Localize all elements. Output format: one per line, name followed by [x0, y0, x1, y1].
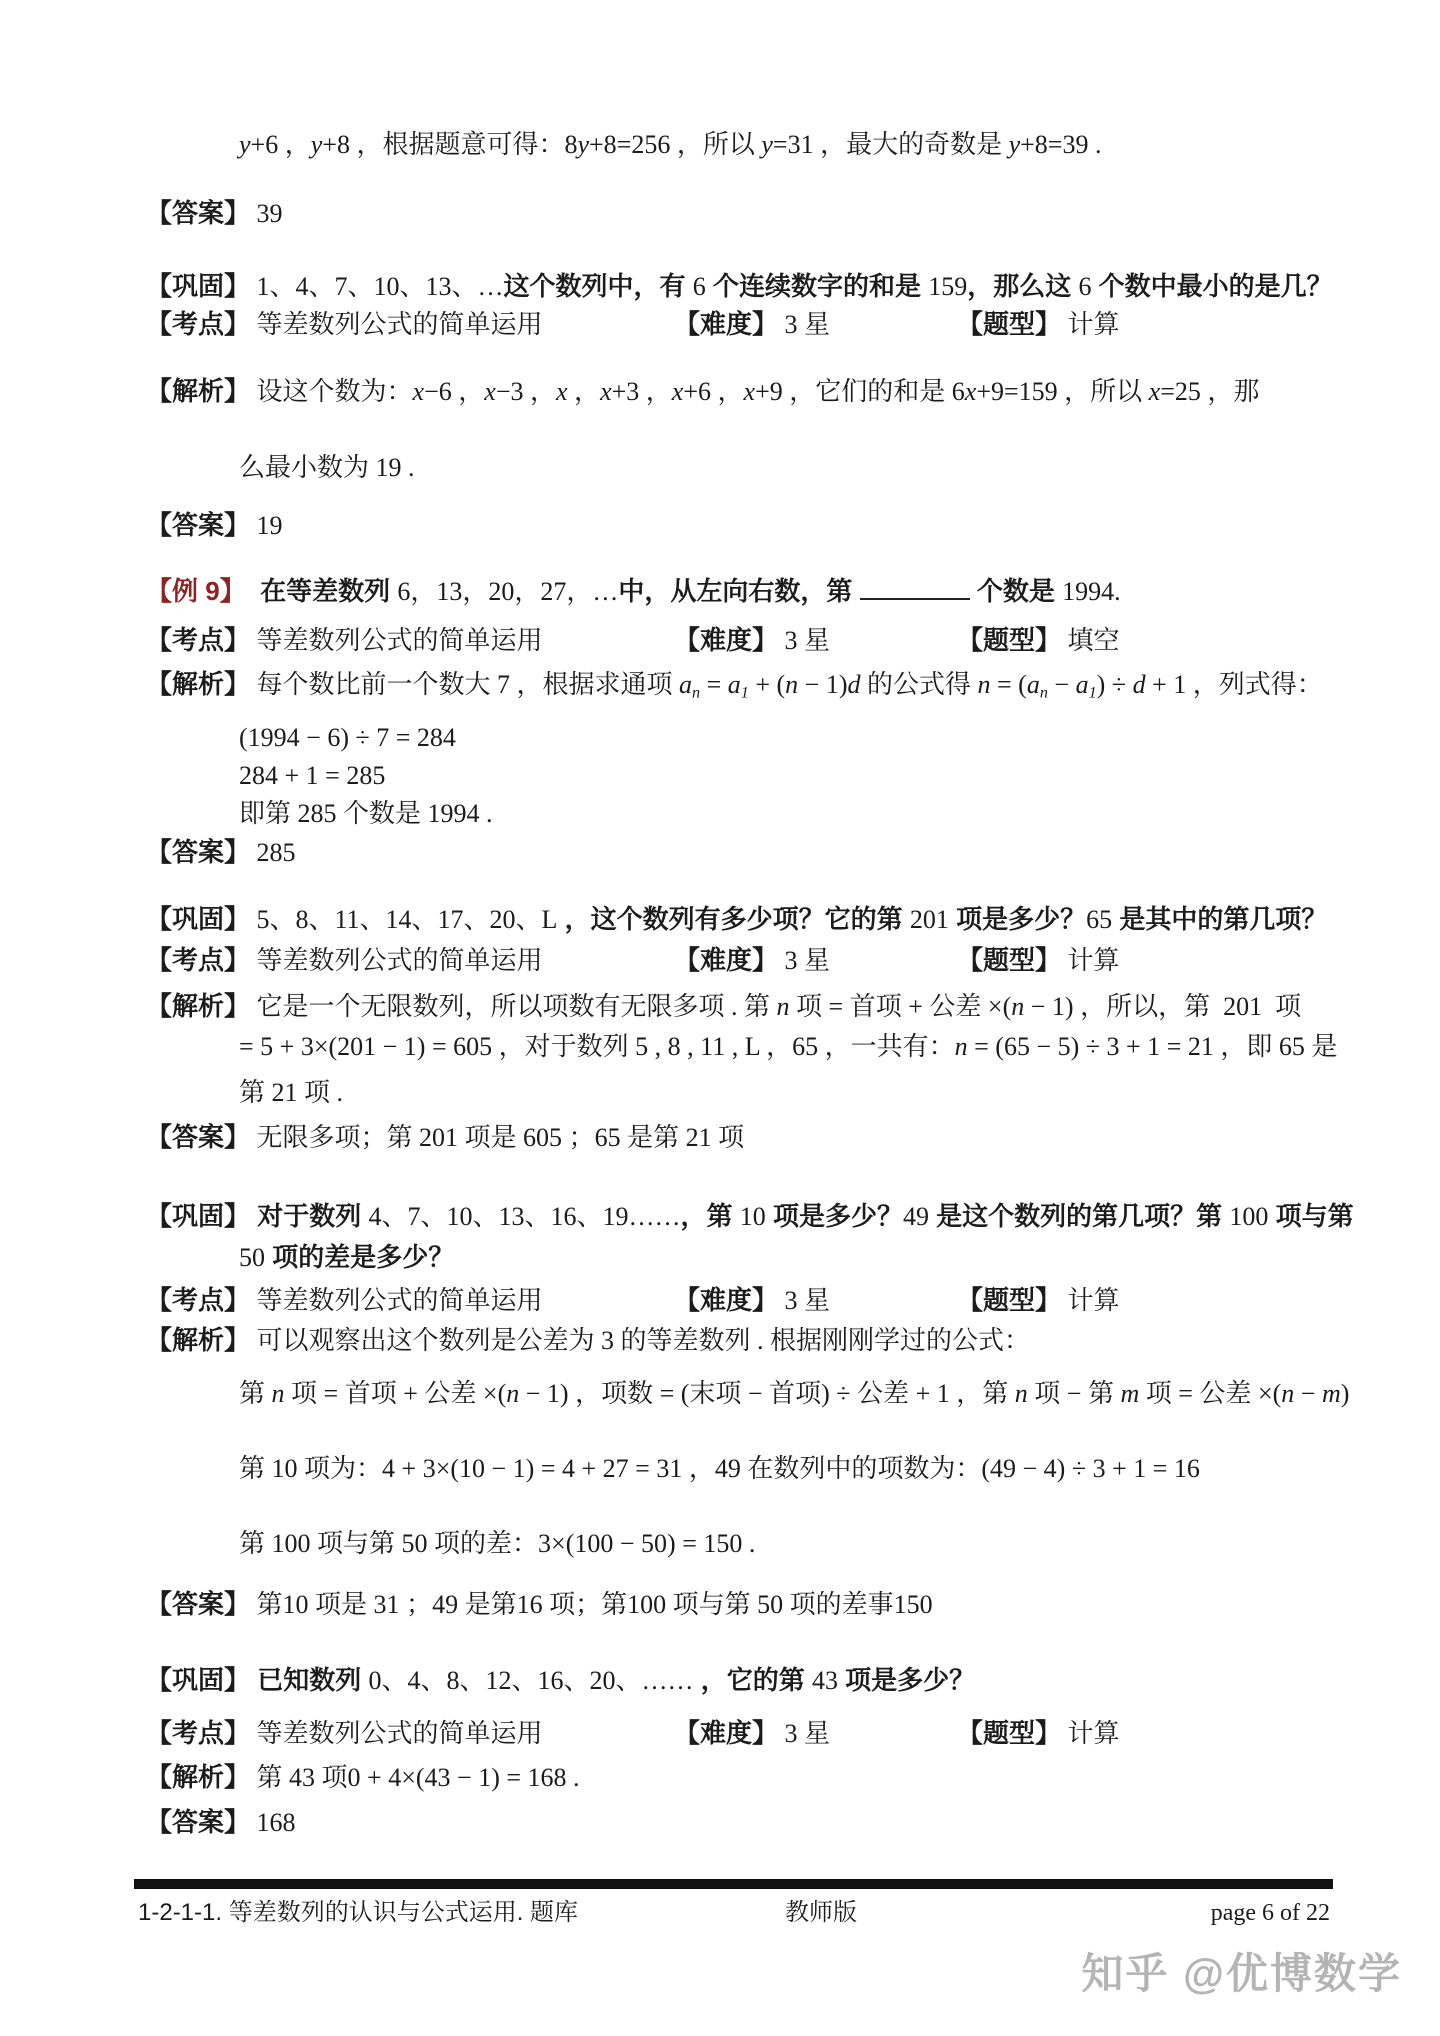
meta-topic-value: 等差数列公式的简单运用	[250, 1719, 543, 1748]
meta-type-value: 计算	[1061, 1719, 1120, 1748]
answer-line: 【答案】 无限多项；第 201 项是 605 ；65 是第 21 项	[146, 1120, 1356, 1155]
meta-topic-label: 【考点】	[146, 945, 250, 975]
meta-type: 【题型】 计算	[957, 307, 1120, 342]
blank-underline	[860, 576, 970, 600]
solution-continued-line: y+6 ，y+8 ，根据题意可得：8y+8=256 ，所以 y=31 ，最大的奇…	[146, 128, 1356, 162]
meta-topic: 【考点】 等差数列公式的简单运用	[146, 307, 543, 342]
meta-difficulty: 【难度】 3 星	[674, 943, 830, 978]
meta-difficulty: 【难度】 3 星	[674, 1716, 830, 1751]
analysis-line: 【解析】 可以观察出这个数列是公差为 3 的等差数列 . 根据刚刚学过的公式：	[146, 1323, 1356, 1358]
meta-line: 【考点】 等差数列公式的简单运用【难度】 3 星【题型】 计算	[146, 307, 1356, 341]
example-problem-line: 【例 9】 在等差数列 6，13，20，27，…中，从左向右数，第 个数是 19…	[146, 574, 1356, 609]
meta-type-value: 计算	[1061, 1286, 1120, 1315]
answer-line: 【答案】 19	[146, 508, 1356, 543]
meta-line: 【考点】 等差数列公式的简单运用【难度】 3 星【题型】 填空	[146, 623, 1356, 657]
meta-topic: 【考点】 等差数列公式的简单运用	[146, 623, 543, 658]
analysis-continued-line: 第 21 项 .	[146, 1076, 1356, 1110]
formula-line: 284 + 1 = 285	[146, 759, 1356, 793]
meta-type-label: 【题型】	[957, 309, 1061, 339]
meta-type-value: 填空	[1061, 626, 1120, 655]
meta-difficulty-label: 【难度】	[674, 945, 778, 975]
answer-line: 【答案】 285	[146, 835, 1356, 870]
meta-topic-label: 【考点】	[146, 1285, 250, 1315]
meta-difficulty: 【难度】 3 星	[674, 623, 830, 658]
footer-doc-title: 1-2-1-1. 等差数列的认识与公式运用. 题库	[138, 1898, 578, 1928]
meta-topic-value: 等差数列公式的简单运用	[250, 626, 543, 655]
meta-difficulty-value: 3 星	[778, 310, 830, 339]
document-body: y+6 ，y+8 ，根据题意可得：8y+8=256 ，所以 y=31 ，最大的奇…	[146, 0, 1356, 1840]
analysis-line: 【解析】 它是一个无限数列，所以项数有无限多项 . 第 n 项 = 首项 + 公…	[146, 989, 1356, 1024]
meta-topic-label: 【考点】	[146, 1718, 250, 1748]
meta-difficulty-label: 【难度】	[674, 625, 778, 655]
meta-type: 【题型】 计算	[957, 943, 1120, 978]
worksheet-page: y+6 ，y+8 ，根据题意可得：8y+8=256 ，所以 y=31 ，最大的奇…	[0, 0, 1440, 2036]
meta-type-label: 【题型】	[957, 625, 1061, 655]
formula-line: 即第 285 个数是 1994 .	[146, 797, 1356, 831]
formula-line: 第 100 项与第 50 项的差：3×(100 − 50) = 150 .	[146, 1527, 1356, 1561]
meta-difficulty-value: 3 星	[778, 946, 830, 975]
formula-line: (1994 − 6) ÷ 7 = 284	[146, 721, 1356, 755]
meta-line: 【考点】 等差数列公式的简单运用【难度】 3 星【题型】 计算	[146, 1283, 1356, 1317]
footer-divider	[134, 1879, 1333, 1889]
footer-edition: 教师版	[785, 1898, 857, 1928]
problem-line: 【巩固】 已知数列 0、4、8、12、16、20、…… ，它的第 43 项是多少…	[146, 1663, 1356, 1698]
meta-difficulty-label: 【难度】	[674, 309, 778, 339]
meta-topic-value: 等差数列公式的简单运用	[250, 946, 543, 975]
answer-line: 【答案】 39	[146, 196, 1356, 231]
meta-topic-value: 等差数列公式的简单运用	[250, 310, 543, 339]
meta-type-value: 计算	[1061, 946, 1120, 975]
meta-difficulty: 【难度】 3 星	[674, 1283, 830, 1318]
watermark: 知乎 @优博数学	[1081, 1948, 1402, 2000]
meta-difficulty-label: 【难度】	[674, 1285, 778, 1315]
analysis-line: 【解析】 设这个数为：x−6 ，x−3 ，x ，x+3 ，x+6 ，x+9 ，它…	[146, 374, 1356, 409]
meta-topic: 【考点】 等差数列公式的简单运用	[146, 1716, 543, 1751]
meta-type-value: 计算	[1061, 310, 1120, 339]
meta-difficulty: 【难度】 3 星	[674, 307, 830, 342]
meta-type-label: 【题型】	[957, 945, 1061, 975]
analysis-continued-line: = 5 + 3×(201 − 1) = 605 ，对于数列 5 , 8 , 11…	[146, 1030, 1356, 1064]
meta-difficulty-value: 3 星	[778, 1719, 830, 1748]
meta-type-label: 【题型】	[957, 1718, 1061, 1748]
meta-difficulty-value: 3 星	[778, 1286, 830, 1315]
answer-line: 【答案】 第10 项是 31 ；49 是第16 项；第100 项与第 50 项的…	[146, 1587, 1356, 1622]
meta-difficulty-label: 【难度】	[674, 1718, 778, 1748]
problem-continued-line: 50 项的差是多少？	[146, 1240, 1356, 1275]
analysis-line: 【解析】 第 43 项0 + 4×(43 − 1) = 168 .	[146, 1760, 1356, 1795]
problem-line: 【巩固】 1、4、7、10、13、…这个数列中，有 6 个连续数字的和是 159…	[146, 269, 1356, 304]
meta-topic-label: 【考点】	[146, 625, 250, 655]
meta-topic-value: 等差数列公式的简单运用	[250, 1286, 543, 1315]
formula-line: 第 10 项为：4 + 3×(10 − 1) = 4 + 27 = 31 ，49…	[146, 1452, 1356, 1486]
footer-page-number: page 6 of 22	[1211, 1898, 1330, 1928]
answer-line: 【答案】 168	[146, 1805, 1356, 1840]
analysis-line: 【解析】 每个数比前一个数大 7 ，根据求通项 an = a1 + (n − 1…	[146, 667, 1356, 711]
meta-type: 【题型】 计算	[957, 1283, 1120, 1318]
problem-line: 【巩固】 对于数列 4、7、10、13、16、19……，第 10 项是多少？49…	[146, 1199, 1356, 1234]
meta-type: 【题型】 填空	[957, 623, 1120, 658]
meta-topic: 【考点】 等差数列公式的简单运用	[146, 1283, 543, 1318]
formula-line: 第 n 项 = 首项 + 公差 ×(n − 1) ，项数 = (末项 − 首项)…	[146, 1377, 1356, 1411]
meta-topic: 【考点】 等差数列公式的简单运用	[146, 943, 543, 978]
meta-difficulty-value: 3 星	[778, 626, 830, 655]
footer: 1-2-1-1. 等差数列的认识与公式运用. 题库 教师版 page 6 of …	[138, 1898, 1330, 1928]
meta-line: 【考点】 等差数列公式的简单运用【难度】 3 星【题型】 计算	[146, 1716, 1356, 1750]
meta-topic-label: 【考点】	[146, 309, 250, 339]
meta-type-label: 【题型】	[957, 1285, 1061, 1315]
meta-type: 【题型】 计算	[957, 1716, 1120, 1751]
meta-line: 【考点】 等差数列公式的简单运用【难度】 3 星【题型】 计算	[146, 943, 1356, 977]
problem-line: 【巩固】 5、8、11、14、17、20、L ，这个数列有多少项？它的第 201…	[146, 902, 1356, 937]
analysis-continued-line: 么最小数为 19 .	[146, 451, 1356, 485]
